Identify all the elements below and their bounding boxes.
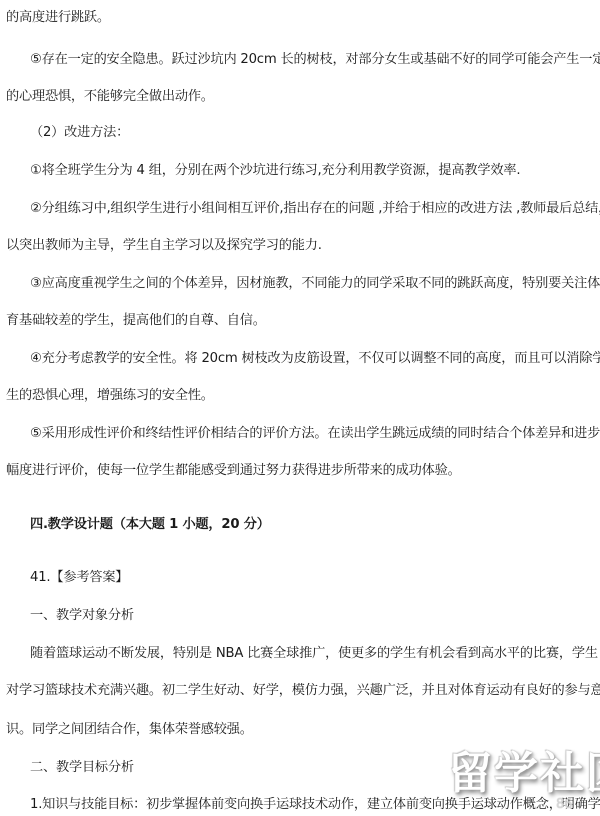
text-line: 幅度进行评价，使每一位学生都能感受到通过努力获得进步所带来的成功体验。 bbox=[6, 462, 596, 480]
text-line: 的高度进行跳跃。 bbox=[6, 9, 596, 27]
answer-label: 41.【参考答案】 bbox=[30, 569, 596, 587]
text-line: 育基础较差的学生，提高他们的自尊、自信。 bbox=[6, 312, 596, 330]
text-line: 以突出教师为主导，学生自主学习以及探究学习的能力. bbox=[6, 237, 596, 255]
section-subheading: （2）改进方法： bbox=[30, 124, 596, 142]
watermark-sub: 86 bbox=[556, 797, 573, 812]
text-line: 随着篮球运动不断发展，特别是 NBA 比赛全球推广，使更多的学生有机会看到高水平… bbox=[30, 645, 596, 663]
text-line: ③应高度重视学生之间的个体差异，因材施教，不同能力的同学采取不同的跳跃高度，特别… bbox=[30, 275, 596, 293]
text-line: ⑤存在一定的安全隐患。跃过沙坑内 20cm 长的树枝，对部分女生或基础不好的同学… bbox=[30, 51, 596, 69]
section-heading: 四.教学设计题（本大题 1 小题，20 分） bbox=[30, 516, 596, 534]
section-subheading: 一、教学对象分析 bbox=[30, 607, 596, 625]
text-line: 识。同学之间团结合作，集体荣誉感较强。 bbox=[6, 721, 596, 739]
text-line: ⑤采用形成性评价和终结性评价相结合的评价方法。在读出学生跳远成绩的同时结合个体差… bbox=[30, 425, 596, 443]
text-line: 对学习篮球技术充满兴趣。初二学生好动、好学，模仿力强，兴趣广泛，并且对体育运动有… bbox=[6, 682, 596, 700]
text-line: 的心理恐惧，不能够完全做出动作。 bbox=[6, 88, 596, 106]
text-line: ②分组练习中,组织学生进行小组间相互评价,指出存在的问题 ,并给于相应的改进方法… bbox=[30, 200, 596, 218]
text-line: ④充分考虑教学的安全性。将 20cm 树枝改为皮筋设置，不仅可以调整不同的高度，… bbox=[30, 350, 596, 368]
text-line: 生的恐惧心理，增强练习的安全性。 bbox=[6, 387, 596, 405]
watermark-logo: 留学社区 bbox=[448, 752, 600, 796]
text-line: ①将全班学生分为 4 组，分别在两个沙坑进行练习,充分利用教学资源，提高教学效率… bbox=[30, 162, 596, 180]
